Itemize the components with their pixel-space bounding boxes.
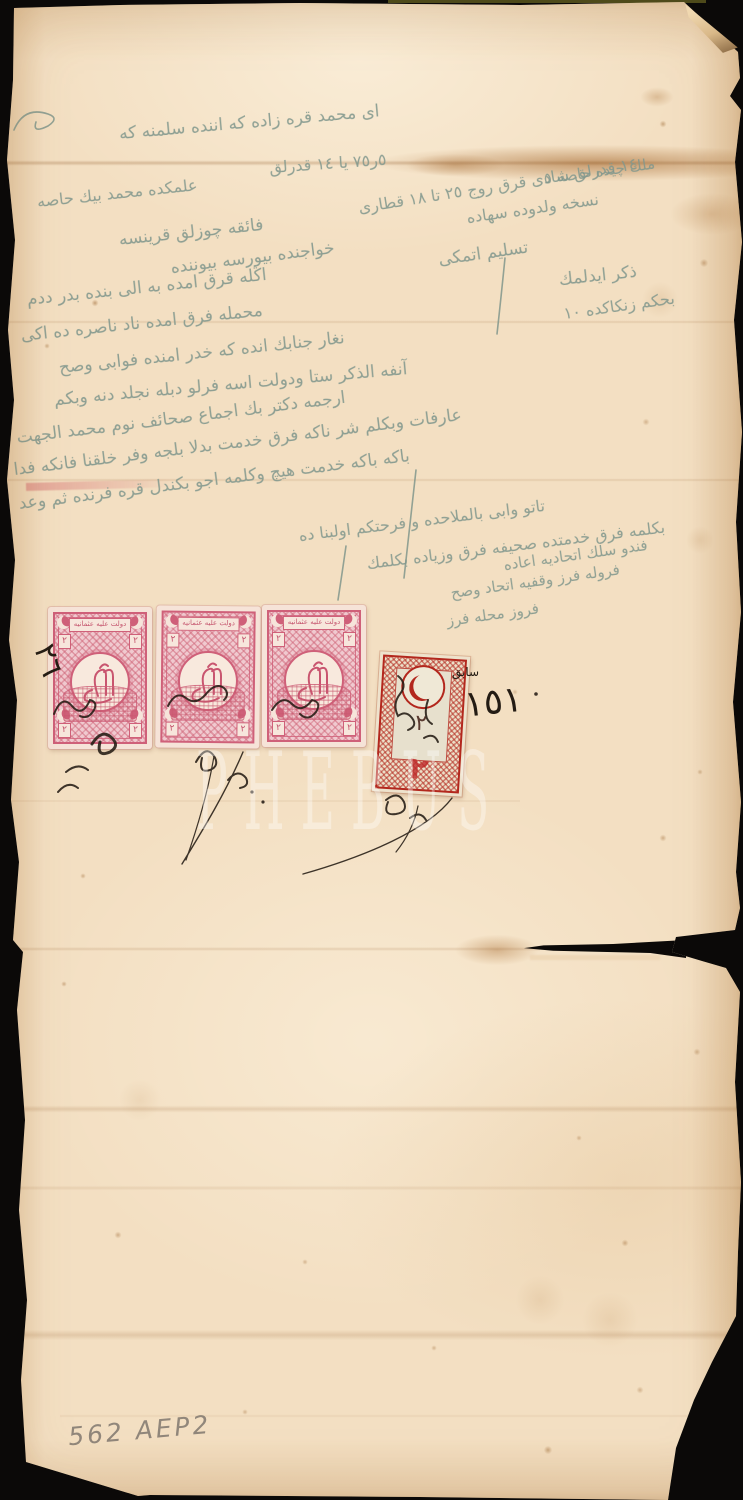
stamp-inscription: دولت عليه عثمانيه	[69, 618, 131, 632]
stamp-arabesque	[171, 685, 245, 722]
revenue-stamp-3: دولت عليه عثمانيه ٢ ٢	[262, 605, 366, 747]
document-photograph: اى محمد قره زاده كه اننده سلمنه كه ٥ر٧٥ …	[0, 0, 743, 1500]
stamp-inscription-text: دولت عليه عثمانيه	[74, 620, 127, 628]
crescent-icon	[271, 614, 284, 627]
handwriting-line: بحكم زنكاكده ١٠	[562, 289, 675, 323]
ink-number-151: ١٥١	[462, 679, 524, 726]
stamp-arabesque	[277, 684, 351, 720]
stamp-value: ٢	[166, 633, 179, 648]
stamp-value: ٢	[129, 723, 142, 738]
fold-crease	[0, 944, 540, 954]
stamp-inscription-text: دولت عليه عثمانيه	[182, 619, 235, 628]
crescent-icon	[130, 616, 143, 629]
document-sheet: اى محمد قره زاده كه اننده سلمنه كه ٥ر٧٥ …	[0, 0, 743, 1500]
crescent-icon	[344, 614, 357, 627]
stamp-value: ٢	[58, 634, 71, 649]
watermark-text: PHEBUS	[196, 730, 505, 857]
handwriting-line: فروز محله فرز	[445, 599, 539, 630]
revenue-stamp-1: دولت عليه عثمانيه ٢ ٢	[48, 607, 152, 749]
stamp-inscription-text: دولت عليه عثمانيه	[288, 618, 341, 626]
stamp-value: ٢	[272, 632, 285, 647]
revenue-stamp-2: دولت عليه عثمانيه ٢ ٢	[155, 605, 260, 748]
fold-crease	[0, 1322, 743, 1348]
handwriting-line: ٥ر٧٥ يا ١٤ قدرلق	[269, 150, 387, 177]
handwriting-line: فائقه چوزلق قرينسه	[118, 215, 264, 250]
stamp-engraving: دولت عليه عثمانيه ٢ ٢	[53, 612, 147, 744]
tear-lip	[530, 955, 660, 960]
handwriting-line: ذكر ايدلمك	[558, 262, 638, 290]
handwriting-line: محمله فرق امده ناد ناصره ده اكى	[20, 301, 264, 346]
stamp-value: ٢	[129, 634, 142, 649]
stamp-value: ٢	[237, 633, 250, 648]
crescent-icon	[239, 615, 252, 628]
handwriting-line: اى محمد قره زاده كه اننده سلمنه كه	[118, 101, 380, 144]
stamp-value: ٢	[58, 723, 71, 738]
stamp-engraving: دولت عليه عثمانيه ٢ ٢	[267, 610, 361, 742]
stamp-value: ٢	[343, 632, 356, 647]
fold-crease	[0, 1182, 743, 1194]
stamp-value: ٢	[165, 722, 178, 737]
crescent-icon	[57, 616, 70, 629]
edge-nick	[0, 178, 5, 190]
pencil-inscription: 562 AEP2	[67, 1410, 213, 1451]
stamp-engraving: دولت عليه عثمانيه ٢ ٢	[160, 611, 255, 744]
stamp-arabesque	[63, 686, 137, 722]
stamp-inscription: دولت عليه عثمانيه	[177, 617, 239, 632]
crescent-icon	[408, 674, 436, 702]
handwriting-line: علمكده محمد بيك حاصه	[36, 175, 198, 211]
crescent-icon	[166, 615, 179, 628]
fold-crease	[0, 1100, 743, 1118]
handwriting-line: تسليم اتمكى	[437, 238, 529, 270]
stamp-inscription: دولت عليه عثمانيه	[283, 616, 345, 630]
